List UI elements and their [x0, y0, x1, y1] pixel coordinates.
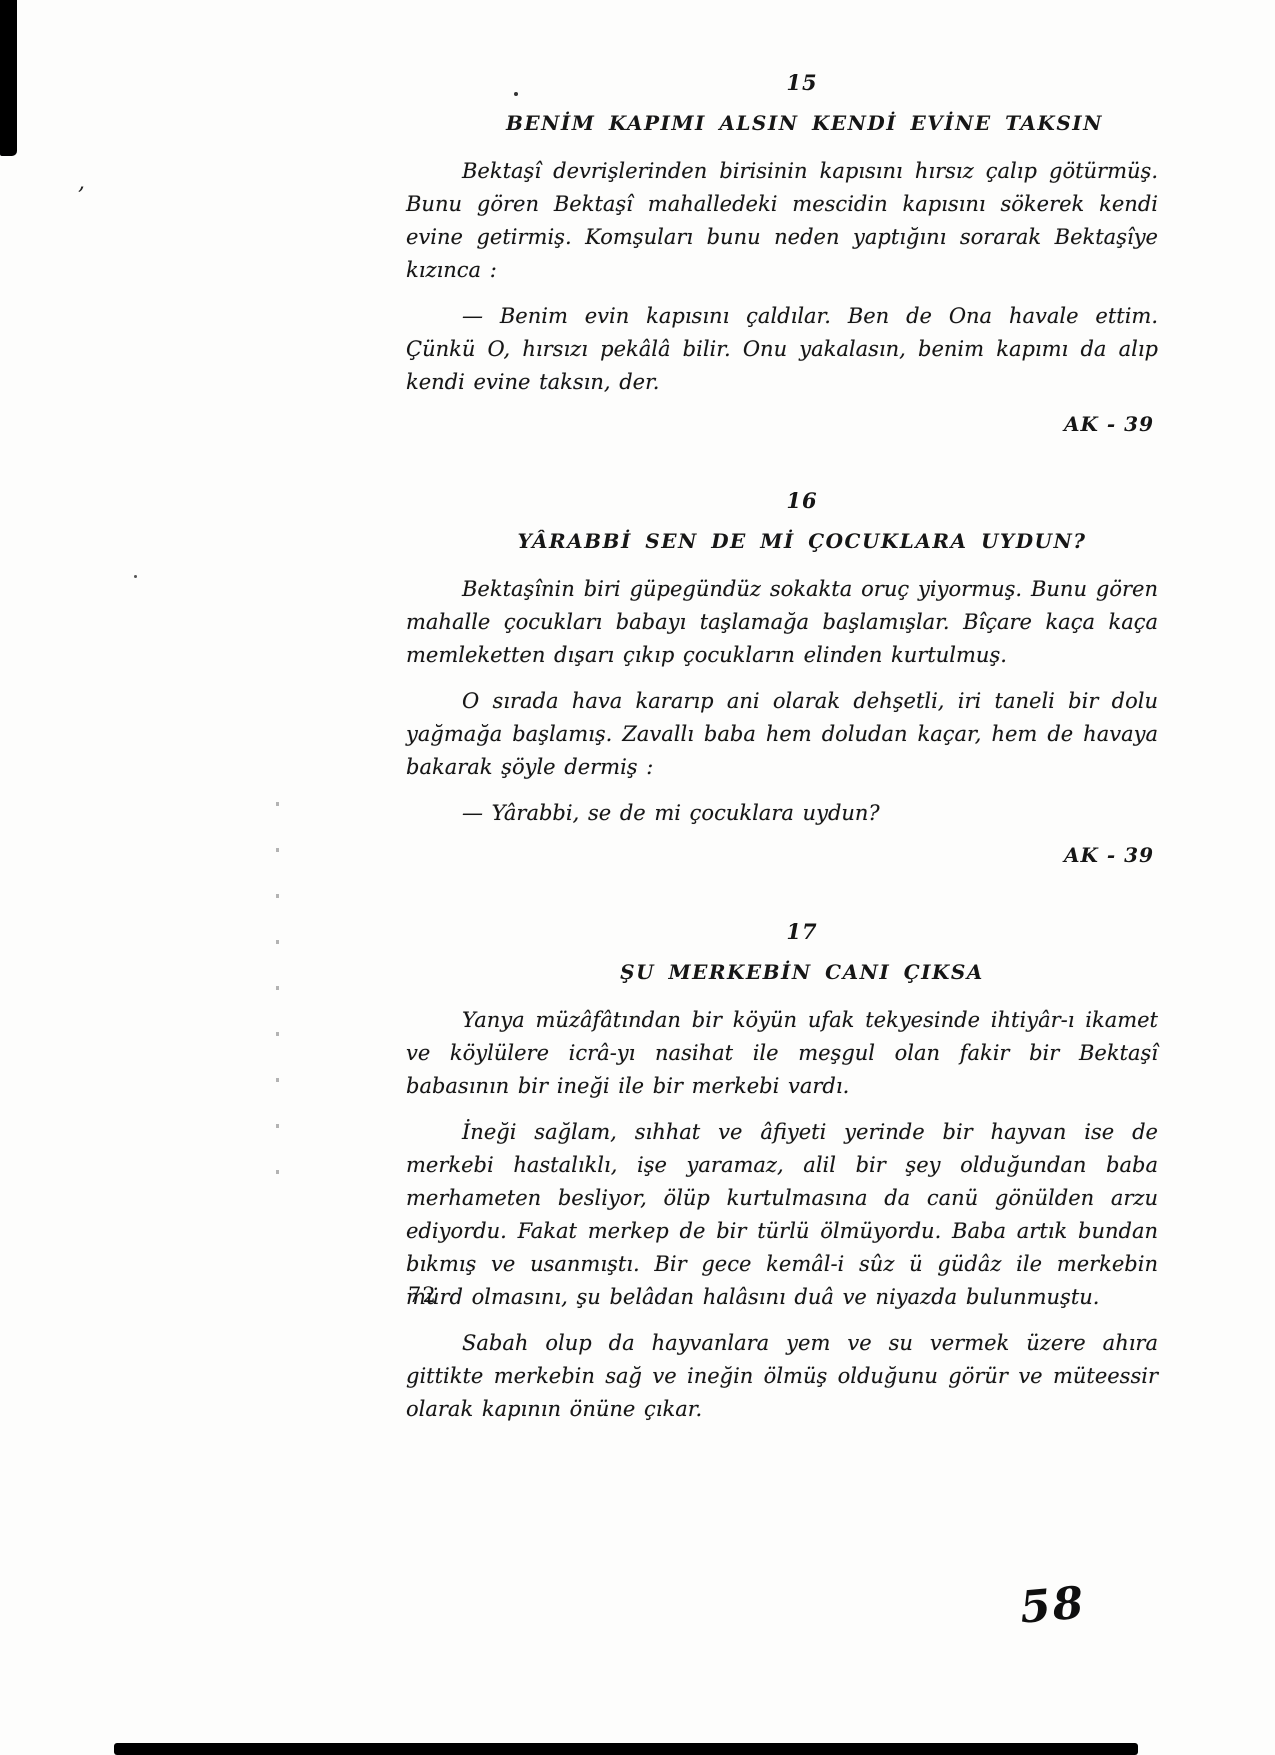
source-attribution: AK - 39	[406, 843, 1154, 867]
paragraph: Bektaşînin biri güpegündüz sokakta oruç …	[406, 573, 1158, 672]
section-title: YÂRABBİ SEN DE Mİ ÇOCUKLARA UYDUN?	[506, 529, 1098, 553]
section-number: 16	[506, 488, 1098, 513]
scanned-book-page: , 15 BENİM KAPIMI ALSIN KENDİ EVİNE TAKS…	[0, 0, 1275, 1755]
scan-artifact-left-bar	[0, 0, 17, 156]
section-number: 17	[506, 919, 1098, 944]
text-block: 15 BENİM KAPIMI ALSIN KENDİ EVİNE TAKSIN…	[406, 70, 1158, 1439]
scan-artifact-bottom-bar	[114, 1743, 1138, 1755]
footer-page-number: 72	[408, 1283, 437, 1307]
scan-artifact-speck: ,	[78, 170, 85, 195]
scan-artifact-margin-dots	[276, 802, 279, 1190]
anecdote-section-17: 17 ŞU MERKEBİN CANI ÇIKSA Yanya müzâfâtı…	[406, 919, 1158, 1426]
section-title: ŞU MERKEBİN CANI ÇIKSA	[506, 960, 1098, 984]
paragraph: Bektaşî devrişlerinden birisinin kapısın…	[406, 155, 1158, 287]
handwritten-page-number: 58	[1018, 1577, 1087, 1633]
paragraph: O sırada hava kararıp ani olarak dehşetl…	[406, 685, 1158, 784]
anecdote-section-16: 16 YÂRABBİ SEN DE Mİ ÇOCUKLARA UYDUN? Be…	[406, 488, 1158, 867]
section-gap	[406, 436, 1158, 488]
source-attribution: AK - 39	[406, 412, 1154, 436]
paragraph: Yanya müzâfâtından bir köyün ufak tekyes…	[406, 1004, 1158, 1103]
paragraph: İneği sağlam, sıhhat ve âfiyeti yerinde …	[406, 1116, 1158, 1314]
paragraph: Sabah olup da hayvanlara yem ve su verme…	[406, 1327, 1158, 1426]
section-number: 15	[506, 70, 1098, 95]
anecdote-section-15: 15 BENİM KAPIMI ALSIN KENDİ EVİNE TAKSIN…	[406, 70, 1158, 436]
paragraph: — Benim evin kapısını çaldılar. Ben de O…	[406, 300, 1158, 399]
section-gap	[406, 867, 1158, 919]
scan-artifact-speck	[134, 575, 137, 578]
section-title: BENİM KAPIMI ALSIN KENDİ EVİNE TAKSIN	[506, 111, 1098, 135]
paragraph: — Yârabbi, se de mi çocuklara uydun?	[406, 797, 1158, 830]
